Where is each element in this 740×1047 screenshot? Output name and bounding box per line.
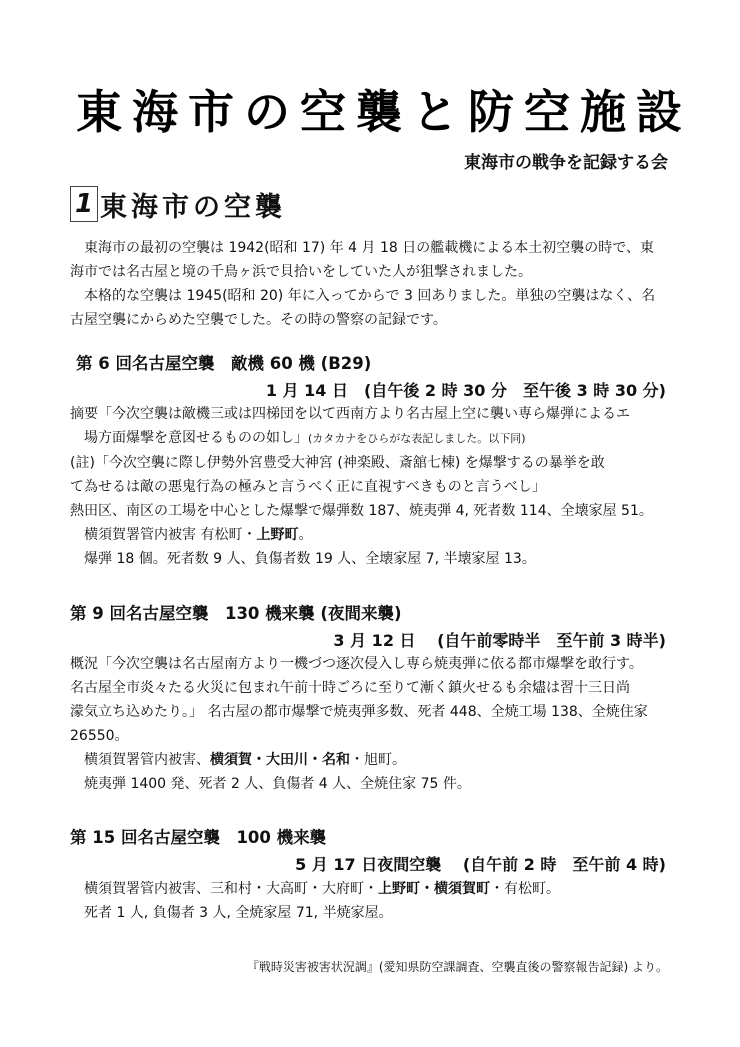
detail-line: 熱田区、南区の工場を中心とした爆撃で爆弾数 187、焼夷弾 4, 死者数 114… (70, 499, 653, 523)
raid-heading: 第 15 回名古屋空襲 100 機来襲 (70, 824, 326, 848)
bold-places: 上野町・横須賀町 (378, 881, 490, 897)
raid-details: 横須賀署管内被害、三和村・大高町・大府町・上野町・横須賀町・有松町。 死者 1 … (70, 877, 560, 925)
detail-line: 摘要「今次空襲は敵機三或は四梯団を以て西南方より名古屋上空に襲い専ら爆弾によるエ (70, 402, 653, 426)
detail-line: 焼夷弾 1400 発、死者 2 人、負傷者 4 人、全焼住家 75 件。 (70, 772, 648, 796)
detail-line: 概況「今次空襲は名古屋南方より一機づつ逐次侵入し専ら焼夷弾に依る都市爆撃を敢行す… (70, 652, 648, 676)
intro-line: 古屋空襲にからめた空襲でした。その時の警察の記録です。 (70, 308, 655, 332)
intro-paragraph: 東海市の最初の空襲は 1942(昭和 17) 年 4 月 18 日の艦載機による… (70, 236, 655, 332)
organization-name: 東海市の戦争を記録する会 (464, 148, 668, 173)
source-citation: 『戦時災害被害状況調』(愛知県防空課調査、空襲直後の警察報告記録) より。 (247, 958, 668, 975)
detail-line: 横須賀署管内被害、三和村・大高町・大府町・上野町・横須賀町・有松町。 (70, 877, 560, 901)
bold-place: 上野町 (256, 527, 298, 543)
detail-line: て為せるは敵の悪鬼行為の極みと言うべく正に直視すべきものと言うべし」 (70, 475, 653, 499)
detail-line: 爆弾 18 個。死者数 9 人、負傷者数 19 人、全壊家屋 7, 半壊家屋 1… (70, 547, 653, 571)
detail-line: 名古屋全市炎々たる火災に包まれ午前十時ごろに至りて漸く鎮火せるも余燼は習十三日尚 (70, 676, 648, 700)
raid-date: 3 月 12 日 (自午前零時半 至午前 3 時半) (333, 628, 666, 651)
raid-details: 摘要「今次空襲は敵機三或は四梯団を以て西南方より名古屋上空に襲い専ら爆弾によるエ… (70, 402, 653, 571)
raid-heading: 第 9 回名古屋空襲 130 機来襲 (夜間来襲) (70, 600, 401, 624)
section-number-box: 1 (70, 186, 98, 222)
bold-places: 横須賀・大田川・名和 (210, 752, 350, 768)
detail-line: 濛気立ち込めたり。」 名古屋の都市爆撃で焼夷弾多数、死者 448、全焼工場 13… (70, 700, 648, 724)
raid-heading: 第 6 回名古屋空襲 敵機 60 機 (B29) (76, 350, 371, 374)
document-title: 東海市の空襲と防空施設 (76, 76, 692, 142)
intro-line: 海市では名古屋と境の千鳥ヶ浜で貝拾いをしていた人が狙撃されました。 (70, 260, 655, 284)
note-small: (カタカナをひらがな表記しました。以下同) (308, 432, 526, 445)
raid-date: 1 月 14 日 (自午後 2 時 30 分 至午後 3 時 30 分) (266, 378, 666, 401)
detail-line: 横須賀署管内被害、横須賀・大田川・名和・旭町。 (70, 748, 648, 772)
detail-line: 26550。 (70, 724, 648, 748)
detail-line: 死者 1 人, 負傷者 3 人, 全焼家屋 71, 半焼家屋。 (70, 901, 560, 925)
detail-line: 場方面爆撃を意図せるものの如し」(カタカナをひらがな表記しました。以下同) (70, 426, 653, 451)
detail-line: 横須賀署管内被害 有松町・上野町。 (70, 523, 653, 547)
raid-date: 5 月 17 日夜間空襲 (自午前 2 時 至午前 4 時) (295, 852, 666, 875)
intro-line: 東海市の最初の空襲は 1942(昭和 17) 年 4 月 18 日の艦載機による… (70, 236, 655, 260)
section-title: 東海市の空襲 (100, 185, 286, 224)
detail-line: (註)「今次空襲に際し伊勢外宮豊受大神宮 (神楽殿、斎舘七棟) を爆撃するの暴挙… (70, 451, 653, 475)
intro-line: 本格的な空襲は 1945(昭和 20) 年に入ってからで 3 回ありました。単独… (70, 284, 655, 308)
raid-details: 概況「今次空襲は名古屋南方より一機づつ逐次侵入し専ら焼夷弾に依る都市爆撃を敢行す… (70, 652, 648, 796)
